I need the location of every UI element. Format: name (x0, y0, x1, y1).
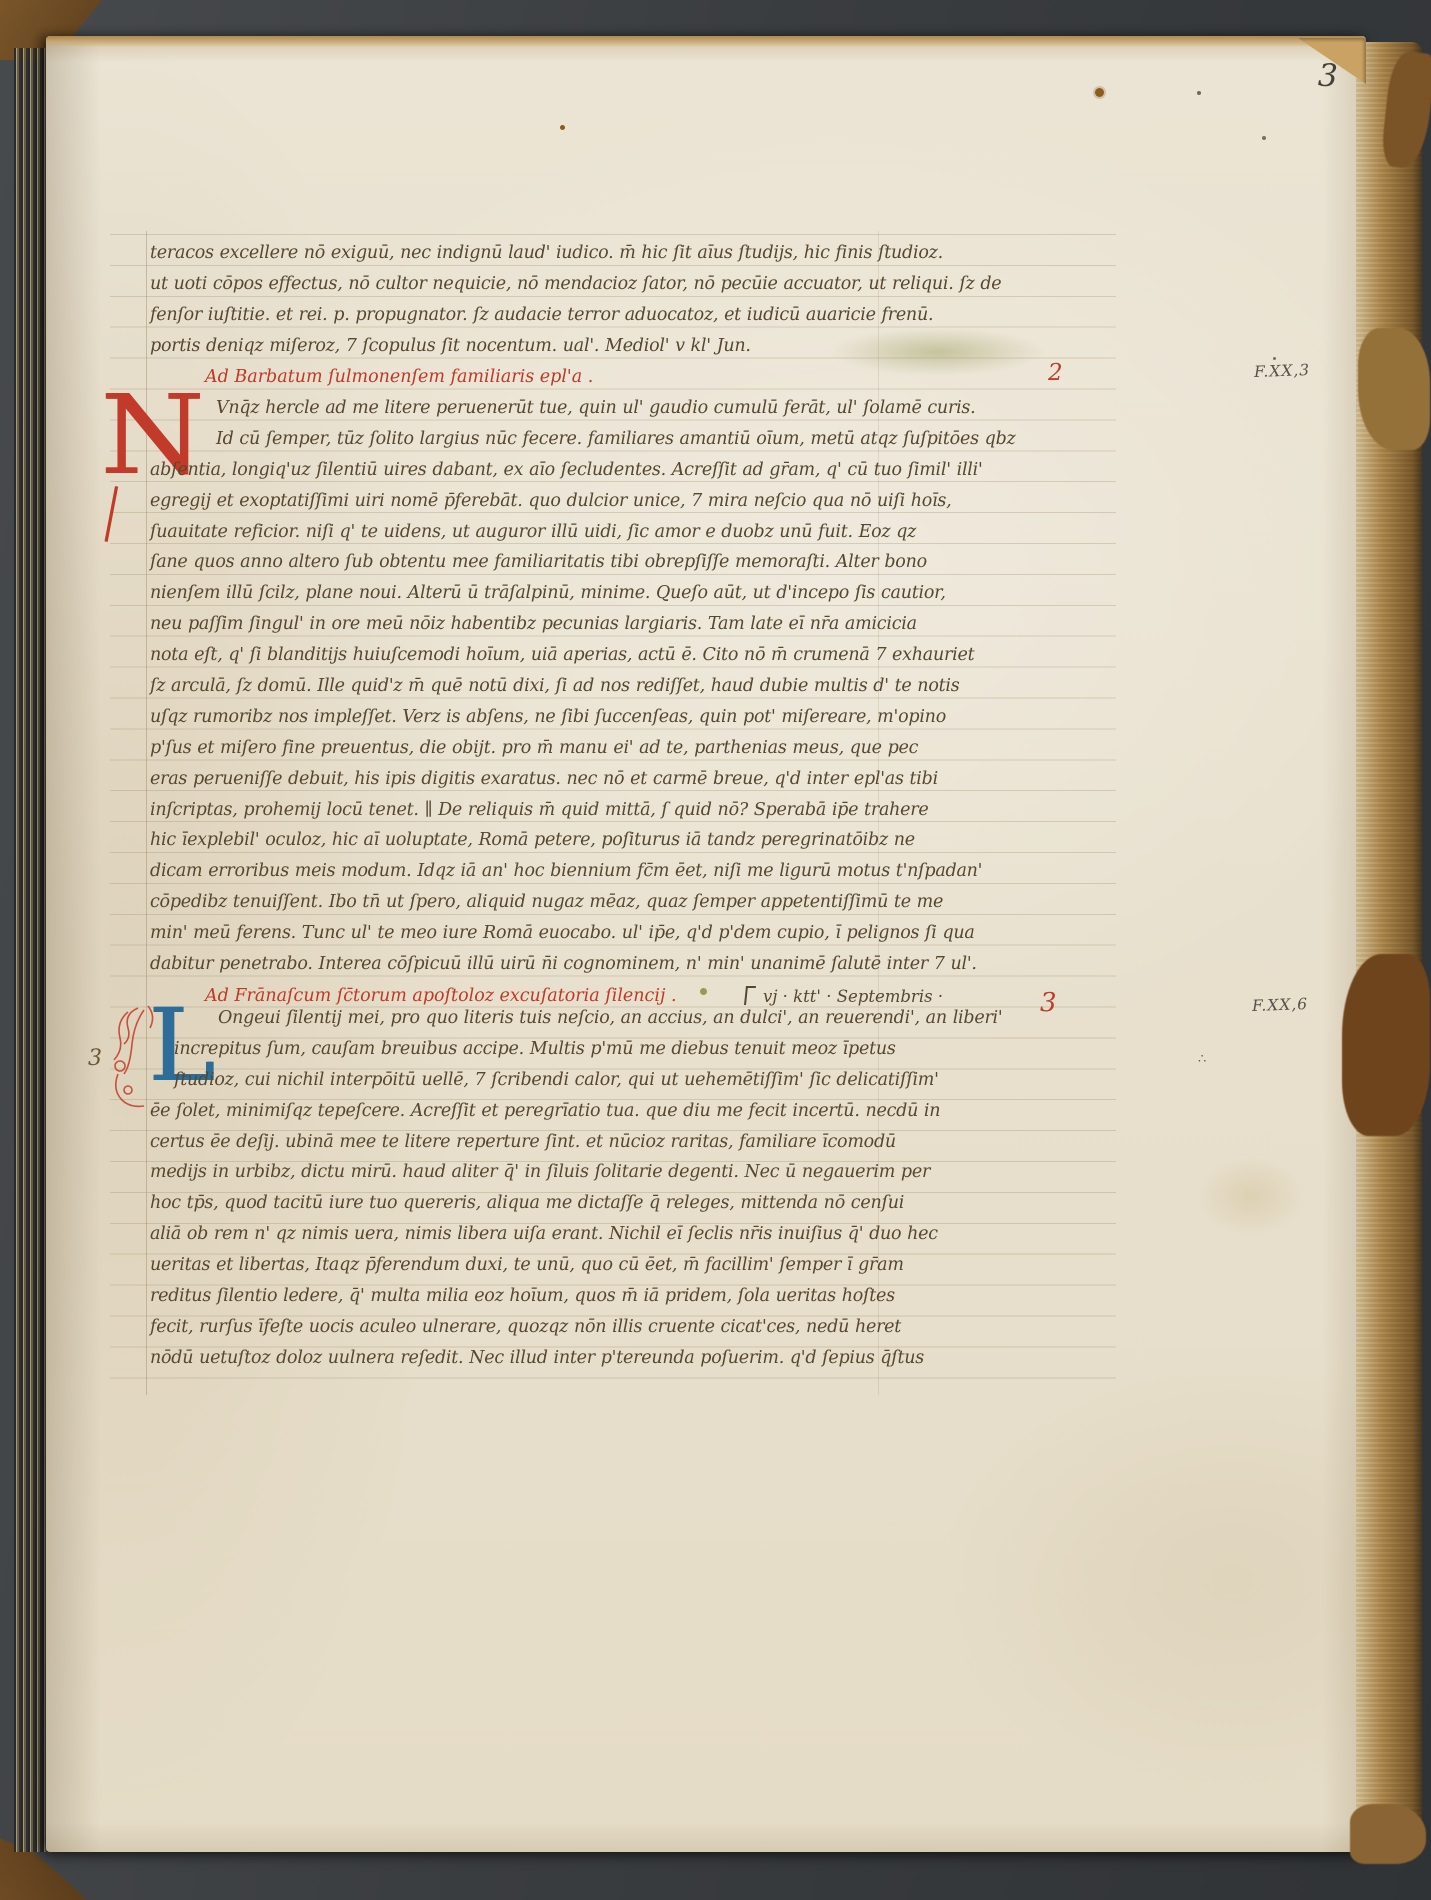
text-line: ſz arculā, ſz domū. Ille quid'z m̄ quē n… (150, 676, 1016, 707)
wormhole (1197, 91, 1201, 95)
text-line: ſane quos anno altero ſub obtentu mee fa… (150, 552, 1016, 583)
text-line: eras perueniſſe debuit, his ipis digitis… (150, 769, 1016, 800)
page-top-edge (46, 36, 1364, 47)
wormhole (1262, 136, 1266, 140)
catalog-ref-letter1: F.XX,3 (1254, 361, 1311, 381)
text-line: increpitus ſum, cauſam breuibus accipe. … (174, 1039, 1002, 1070)
letter2-text: Ongeui ſilentij mei, pro quo literis tui… (150, 1008, 1002, 1379)
ink-blot (700, 988, 707, 995)
text-line: p'ſus et miſero fine preuentus, die obij… (150, 738, 1016, 769)
text-line: aliā ob rem n' qz nimis uera, nimis libe… (150, 1224, 1002, 1255)
parchment-stain (1196, 1156, 1306, 1236)
edge-damage (1358, 328, 1430, 450)
manuscript-page: 3 teracos excellere nō exiguū, nec indig… (46, 36, 1366, 1852)
text-line: abſentia, longiq'uz ſilentiū uires daban… (150, 460, 1016, 491)
edge-damage (1342, 954, 1430, 1136)
text-line: ueritas et libertas, Itaqz p̄ferendum du… (150, 1255, 1002, 1286)
text-line: inſcriptas, prohemij locū tenet. ∥ De re… (150, 800, 1016, 831)
text-line: ut uoti cōpos effectus, nō cultor nequic… (150, 274, 1001, 305)
text-line: certus ēe deſij. ubinā mee te litere rep… (150, 1132, 1002, 1163)
text-line: dicam erroribus meis modum. Idqz iā an' … (150, 861, 1016, 892)
text-line: teracos excellere nō exiguū, nec indignū… (150, 243, 1001, 274)
wormhole (1095, 88, 1104, 97)
date-text: vj · ktt' · Septembris · (763, 987, 943, 1006)
text-line: min' meū ferens. Tunc ul' te meo iure Ro… (150, 923, 1016, 954)
fore-edge (1356, 42, 1422, 1850)
text-line: hoc tp̄s, quod tacitū iure tuo quereris,… (150, 1193, 1002, 1224)
text-line: nōdū uetuſtoz doloz uulnera reſedit. Nec… (150, 1348, 1002, 1379)
text-line: medijs in urbibz, dictu mirū. haud alite… (150, 1162, 1002, 1193)
left-margin-number: 3 (88, 1046, 102, 1071)
text-line: egregij et exoptatiſſimi uiri nomē p̄fer… (150, 491, 1016, 522)
text-line: Ongeui ſilentij mei, pro quo literis tui… (218, 1008, 1002, 1039)
text-line: cōpedibz tenuiſſent. Ibo tn̄ ut ſpero, a… (150, 892, 1016, 923)
letter2-rubric: Ad Frānaſcum ſc̄torum apoſtoloz excuſato… (205, 986, 677, 1006)
left-page-edges (14, 48, 50, 1852)
text-line: ſtudioz, cui nichil interpōitū uellē, 7 … (174, 1070, 1002, 1101)
text-line: hic īexplebil' oculoz, hic aī uoluptate,… (150, 830, 1016, 861)
text-line: nienſem illū ſcilz, plane noui. Alterū ū… (150, 583, 1016, 614)
text-line: neu paſſim ſingul' in ore meū nōiz haben… (150, 614, 1016, 645)
letter1-text: Vnq̄z hercle ad me litere peruenerūt tue… (150, 398, 1016, 985)
text-line: portis deniqz miſeroz, 7 ſcopulus ſit no… (150, 336, 1001, 367)
letter1-rubric: Ad Barbatum ſulmonenſem familiaris epl'a… (205, 367, 593, 387)
wormhole (1273, 357, 1276, 360)
text-line: dabitur penetrabo. Interea cōſpicuū illū… (150, 954, 1016, 985)
letter2-red-number: 3 (1040, 988, 1057, 1018)
wormhole (560, 125, 565, 130)
text-line: reditus ſilentio ledere, q̄' multa milia… (150, 1286, 1002, 1317)
letter1-red-number: 2 (1048, 360, 1063, 386)
text-line: ēe ſolet, minimiſqz tepeſcere. Acreſſit … (150, 1101, 1002, 1132)
catalog-ref-letter2: F.XX,6 (1252, 995, 1309, 1015)
text-line: Vnq̄z hercle ad me litere peruenerūt tue… (216, 398, 1016, 429)
text-line: nota eſt, q' ſi blanditijs huiuſcemodi h… (150, 645, 1016, 676)
paraph-mark (744, 986, 756, 1005)
previous-letter-text: teracos excellere nō exiguū, nec indignū… (150, 243, 1001, 367)
text-line: uſqz rumoribz nos impleſſet. Verz is abſ… (150, 707, 1016, 738)
date-note: vj · ktt' · Septembris · (745, 986, 943, 1006)
manuscript-photograph: 3 teracos excellere nō exiguū, nec indig… (0, 0, 1431, 1900)
text-line: Id cū ſemper, tūz ſolito largius nūc fec… (216, 429, 1016, 460)
dots-mark: ∴ (1198, 1052, 1206, 1067)
text-line: ſuauitate reficior. niſi q' te uidens, u… (150, 522, 1016, 553)
text-line: fenſor iuſtitie. et rei. p. propugnator.… (150, 305, 1001, 336)
edge-damage (1350, 1804, 1426, 1864)
text-line: fecit, rurſus īfeſte uocis aculeo ulnera… (150, 1317, 1002, 1348)
